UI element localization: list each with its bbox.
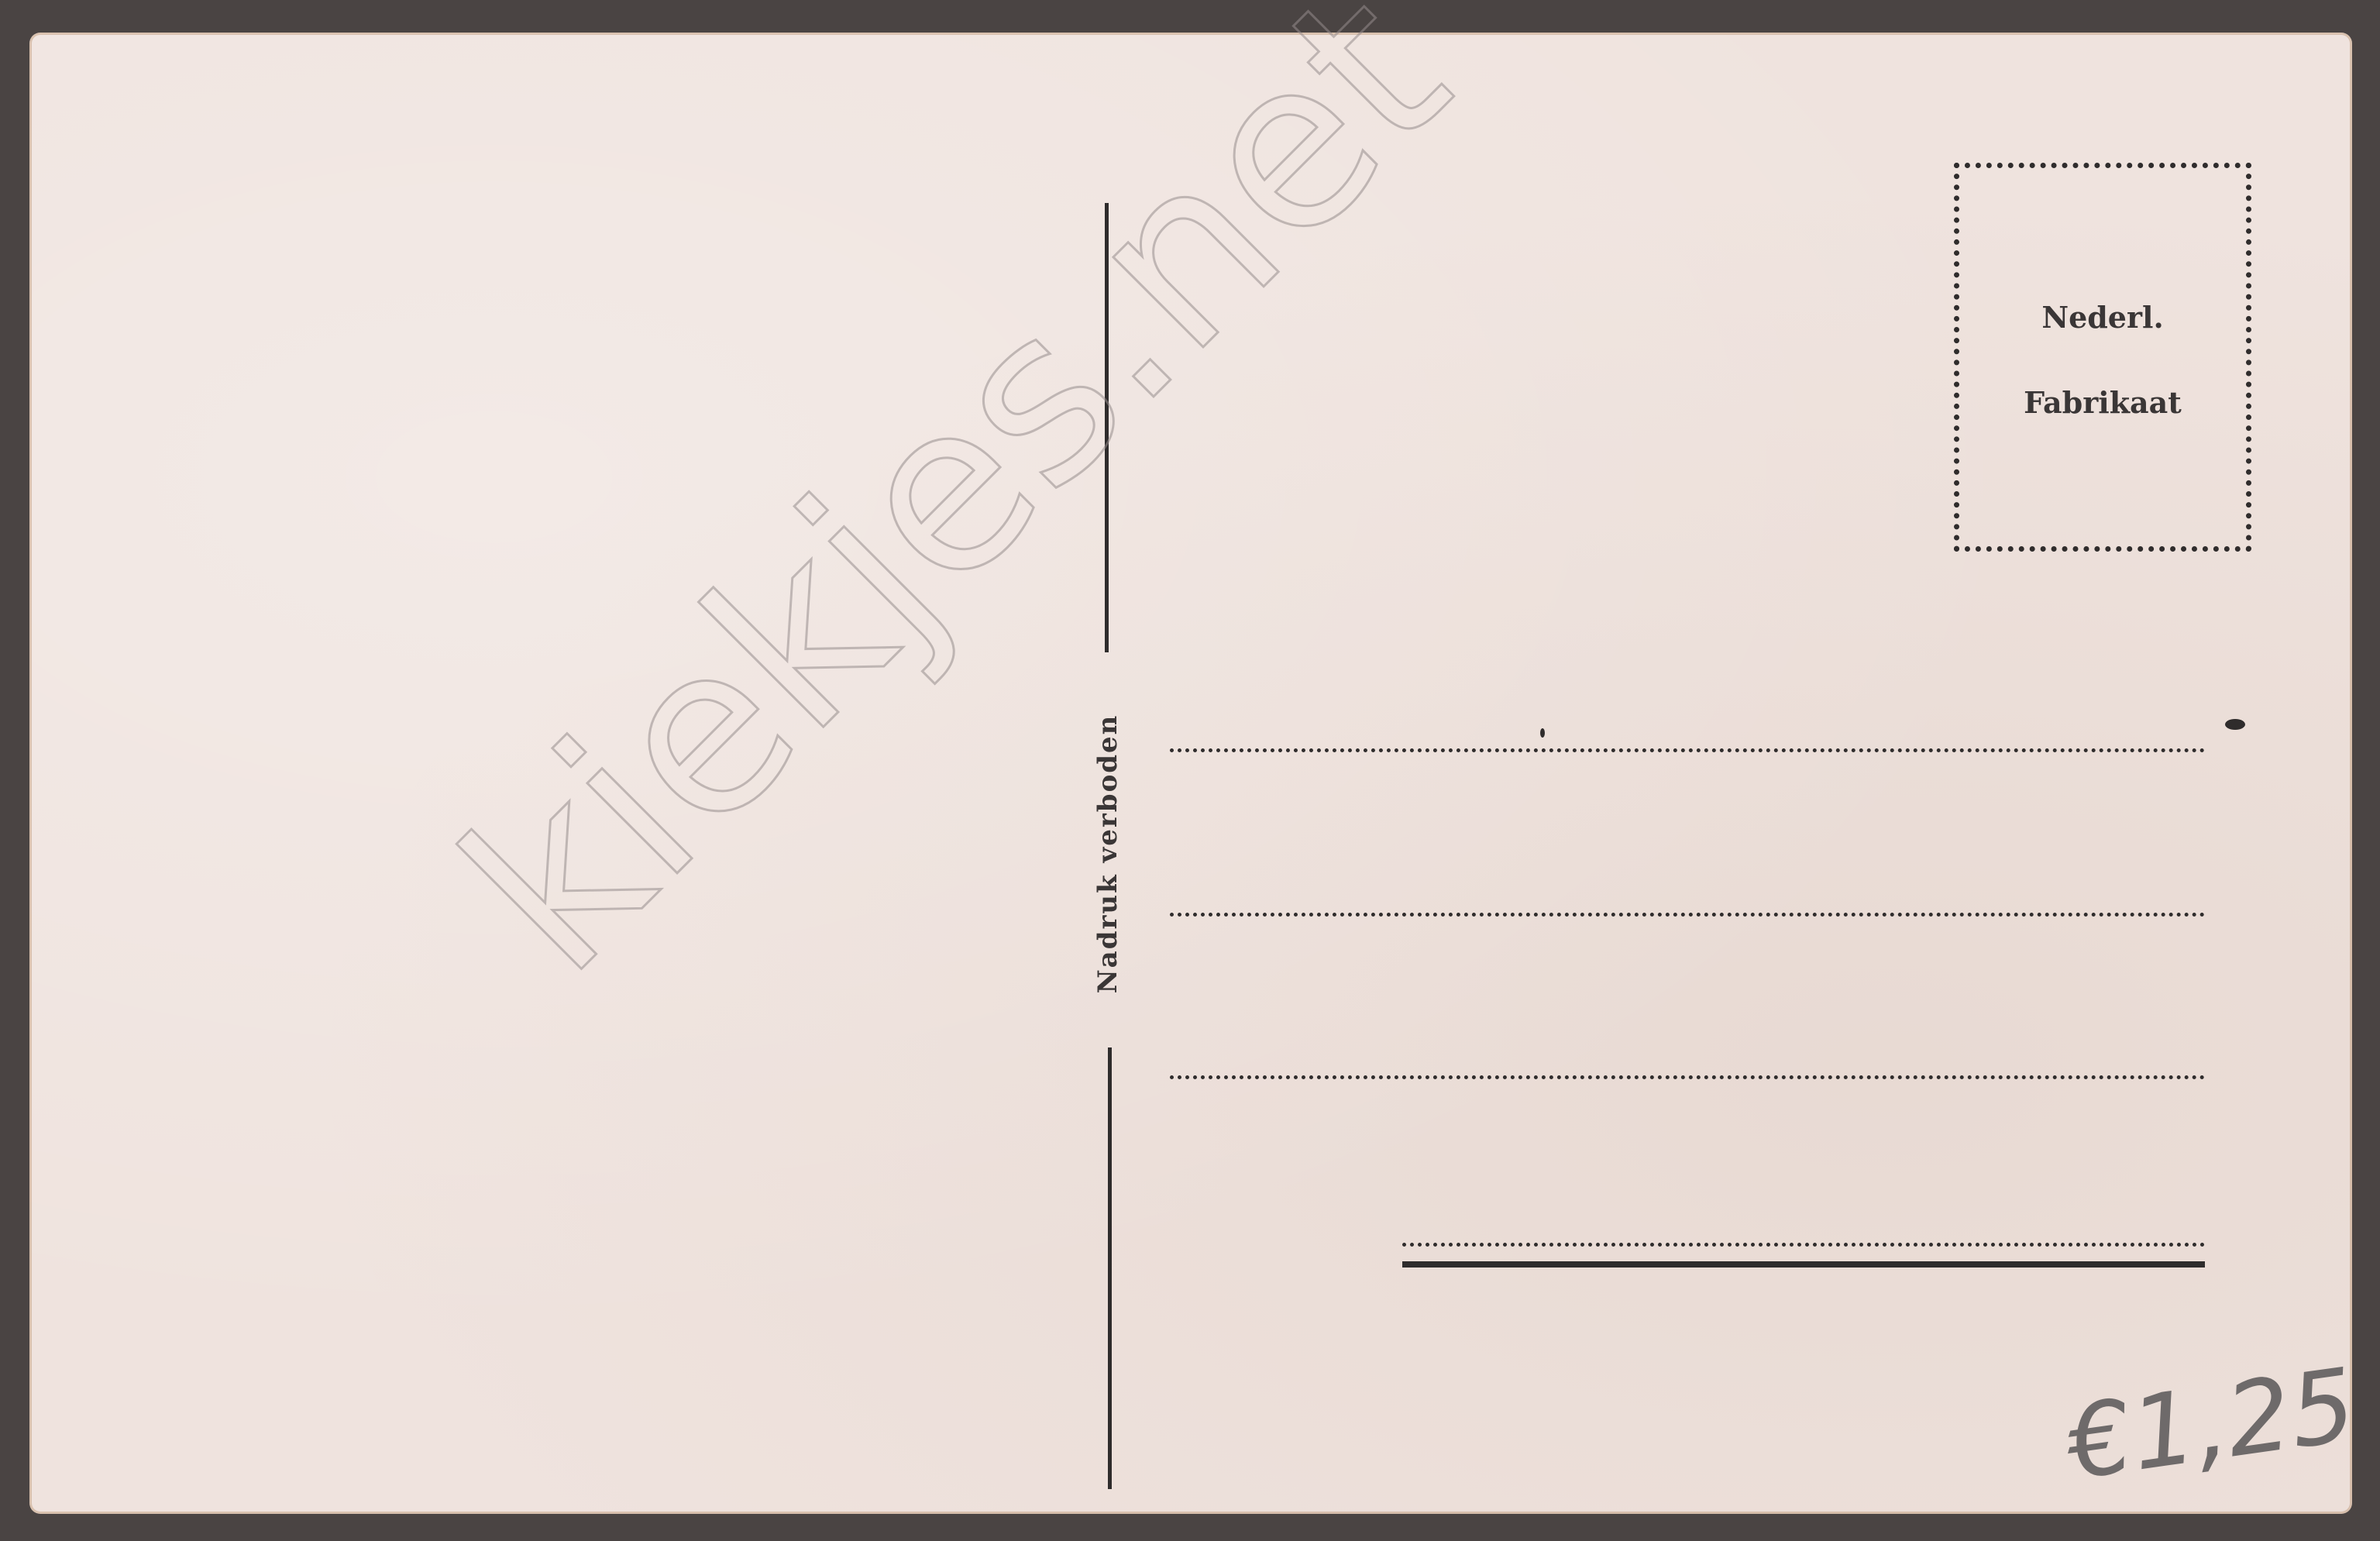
stamp-box-line2: Fabrikaat <box>1959 385 2246 420</box>
stamp-box: Nederl. Fabrikaat <box>1954 163 2251 552</box>
divider-text: Nadruk verboden <box>1092 714 1123 994</box>
postcard-back: Nadruk verboden Nederl. Fabrikaat kiekje… <box>29 33 2352 1514</box>
address-line-4 <box>1402 1243 2205 1247</box>
address-line-3 <box>1170 1075 2205 1079</box>
address-line-1 <box>1170 748 2205 752</box>
address-line-2 <box>1170 913 2205 917</box>
ink-speck <box>2225 719 2245 730</box>
address-underline <box>1402 1261 2205 1268</box>
stamp-box-line1: Nederl. <box>1959 300 2246 335</box>
ink-speck <box>1540 728 1545 738</box>
divider-line-bottom <box>1108 1047 1112 1489</box>
handwritten-price: €1,25 <box>2060 1346 2362 1502</box>
divider-line-top <box>1105 203 1109 652</box>
watermark: kiekjes.net <box>414 0 1497 1023</box>
